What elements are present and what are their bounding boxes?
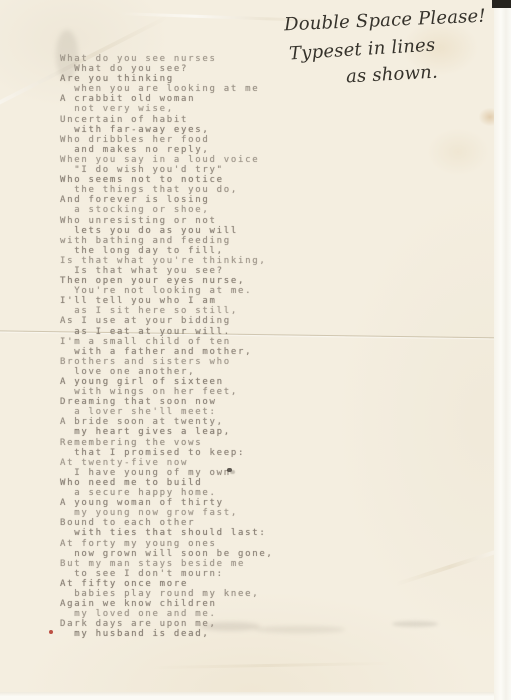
poem: What do you see nurses What do you see?A… (60, 54, 274, 639)
poem-line: with bathing and feeding (60, 236, 274, 246)
poem-line: not very wise, (60, 104, 274, 114)
poem-line: Dark days are upon me, (60, 619, 274, 629)
poem-line: Is that what you see? (60, 266, 274, 276)
poem-line: Bound to each other (60, 518, 274, 528)
poem-line: I'll tell you who I am (60, 296, 274, 306)
poem-line: Who unresisting or not (60, 216, 274, 226)
handwritten-note-line1: Double Space Please! (284, 6, 487, 36)
poem-line: that I promised to keep: (60, 448, 274, 458)
poem-line: my husband is dead, (60, 629, 274, 639)
handwritten-note-line3: as shown. (346, 62, 439, 88)
poem-line: But my man stays beside me (60, 559, 274, 569)
poem-line: with wings on her feet, (60, 387, 274, 397)
poem-line: as I sit here so still, (60, 306, 274, 316)
poem-line: my young now grow fast, (60, 508, 274, 518)
poem-line: A young girl of sixteen (60, 377, 274, 387)
poem-line: a lover she'll meet: (60, 407, 274, 417)
poem-line: now grown will soon be gone, (60, 549, 274, 559)
poem-line: Again we know children (60, 599, 274, 609)
poem-line: What do you see? (60, 64, 274, 74)
poem-line: You're not looking at me. (60, 286, 274, 296)
poem-line: with far-away eyes, (60, 125, 274, 135)
poem-line: Are you thinking (60, 74, 274, 84)
poem-line: At fifty once more (60, 579, 274, 589)
poem-line: lets you do as you will (60, 226, 274, 236)
pencil-smudge (392, 621, 438, 627)
poem-line: the things that you do, (60, 185, 274, 195)
poem-line: At twenty-five now (60, 458, 274, 468)
poem-line: A young woman of thirty (60, 498, 274, 508)
poem-line: a secure happy home. (60, 488, 274, 498)
scanner-edge-strip-right (494, 0, 511, 700)
handwritten-note-line2: Typeset in lines (288, 35, 435, 65)
poem-line: At forty my young ones (60, 539, 274, 549)
ink-speck (227, 468, 232, 472)
poem-line: to see I don't mourn: (60, 569, 274, 579)
poem-line: when you are looking at me (60, 84, 274, 94)
poem-line: Uncertain of habit (60, 115, 274, 125)
poem-line: What do you see nurses (60, 54, 274, 64)
poem-line: Brothers and sisters who (60, 357, 274, 367)
poem-line: Who seems not to notice (60, 175, 274, 185)
poem-line: my loved one and me. (60, 609, 274, 619)
scanner-corner-dark (492, 0, 511, 8)
scanner-edge-strip-bottom (0, 692, 494, 700)
poem-line: as I eat at your will. (60, 327, 274, 337)
poem-line: Who need me to build (60, 478, 274, 488)
poem-line: babies play round my knee, (60, 589, 274, 599)
poem-line: I'm a small child of ten (60, 337, 274, 347)
poem-line: As I use at your bidding (60, 316, 274, 326)
poem-line: I have young of my own (60, 468, 274, 478)
poem-line: with a father and mother, (60, 347, 274, 357)
poem-line: the long day to fill, (60, 246, 274, 256)
poem-line: my heart gives a leap, (60, 427, 274, 437)
poem-line: Dreaming that soon now (60, 397, 274, 407)
poem-line: Who dribbles her food (60, 135, 274, 145)
fold-crease-bottom (150, 662, 390, 669)
poem-line: A bride soon at twenty, (60, 417, 274, 427)
poem-line: "I do wish you'd try" (60, 165, 274, 175)
poem-line: Then open your eyes nurse, (60, 276, 274, 286)
poem-line: And forever is losing (60, 195, 274, 205)
poem-line: Is that what you're thinking, (60, 256, 274, 266)
poem-line: a stocking or shoe, (60, 205, 274, 215)
poem-line: and makes no reply, (60, 145, 274, 155)
poem-line: Remembering the vows (60, 438, 274, 448)
poem-line: A crabbit old woman (60, 94, 274, 104)
poem-line: love one another, (60, 367, 274, 377)
poem-line: with ties that should last: (60, 528, 274, 538)
poem-line: When you say in a loud voice (60, 155, 274, 165)
scanned-page: What do you see nurses What do you see?A… (0, 0, 511, 700)
red-ink-dot (49, 630, 53, 634)
paper-sheet: What do you see nurses What do you see?A… (0, 0, 494, 692)
